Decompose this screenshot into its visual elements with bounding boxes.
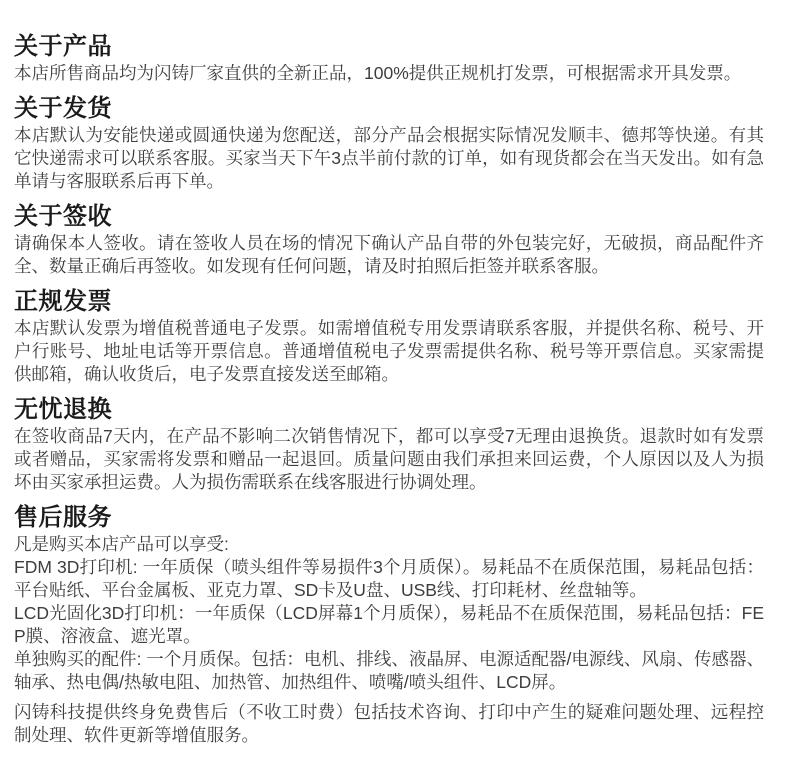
after-sales-lcd-warranty: LCD光固化3D打印机：一年质保（LCD屏幕1个月质保），易耗品不在质保范围，易…: [14, 602, 764, 648]
section-paragraph: 在签收商品7天内，在产品不影响二次销售情况下，都可以享受7无理由退换货。退款时如…: [14, 425, 764, 494]
section-title: 关于签收: [14, 201, 764, 232]
section-paragraph: 本店默认为安能快递或圆通快递为您配送，部分产品会根据实际情况发顺丰、德邦等快递。…: [14, 124, 764, 193]
section-title: 正规发票: [14, 286, 764, 317]
after-sales-intro: 凡是购买本店产品可以享受:: [14, 533, 764, 556]
section-shipping: 关于发货 本店默认为安能快递或圆通快递为您配送，部分产品会根据实际情况发顺丰、德…: [14, 93, 764, 193]
section-after-sales: 售后服务 凡是购买本店产品可以享受: FDM 3D打印机: 一年质保（喷头组件等…: [14, 502, 764, 747]
section-receiving: 关于签收 请确保本人签收。请在签收人员在场的情况下确认产品自带的外包装完好，无破…: [14, 201, 764, 278]
section-invoice: 正规发票 本店默认发票为增值税普通电子发票。如需增值税专用发票请联系客服，并提供…: [14, 286, 764, 386]
after-sales-lifetime-service: 闪铸科技提供终身免费售后（不收工时费）包括技术咨询、打印中产生的疑难问题处理、远…: [14, 701, 764, 747]
product-info-page: 关于产品 本店所售商品均为闪铸厂家直供的全新正品，100%提供正规机打发票，可根…: [0, 0, 790, 765]
section-about-product: 关于产品 本店所售商品均为闪铸厂家直供的全新正品，100%提供正规机打发票，可根…: [14, 31, 764, 85]
after-sales-parts-warranty: 单独购买的配件: 一个月质保。包括：电机、排线、液晶屏、电源适配器/电源线、风扇…: [14, 648, 764, 694]
section-paragraph: 请确保本人签收。请在签收人员在场的情况下确认产品自带的外包装完好，无破损，商品配…: [14, 232, 764, 278]
after-sales-fdm-warranty: FDM 3D打印机: 一年质保（喷头组件等易损件3个月质保）。易耗品不在质保范围…: [14, 556, 764, 602]
section-title: 关于发货: [14, 93, 764, 124]
section-title: 售后服务: [14, 502, 764, 533]
section-title: 关于产品: [14, 31, 764, 62]
section-paragraph: 本店所售商品均为闪铸厂家直供的全新正品，100%提供正规机打发票，可根据需求开具…: [14, 62, 764, 85]
section-title: 无忧退换: [14, 394, 764, 425]
section-paragraph: 本店默认发票为增值税普通电子发票。如需增值税专用发票请联系客服，并提供名称、税号…: [14, 317, 764, 386]
section-returns: 无忧退换 在签收商品7天内，在产品不影响二次销售情况下，都可以享受7无理由退换货…: [14, 394, 764, 494]
